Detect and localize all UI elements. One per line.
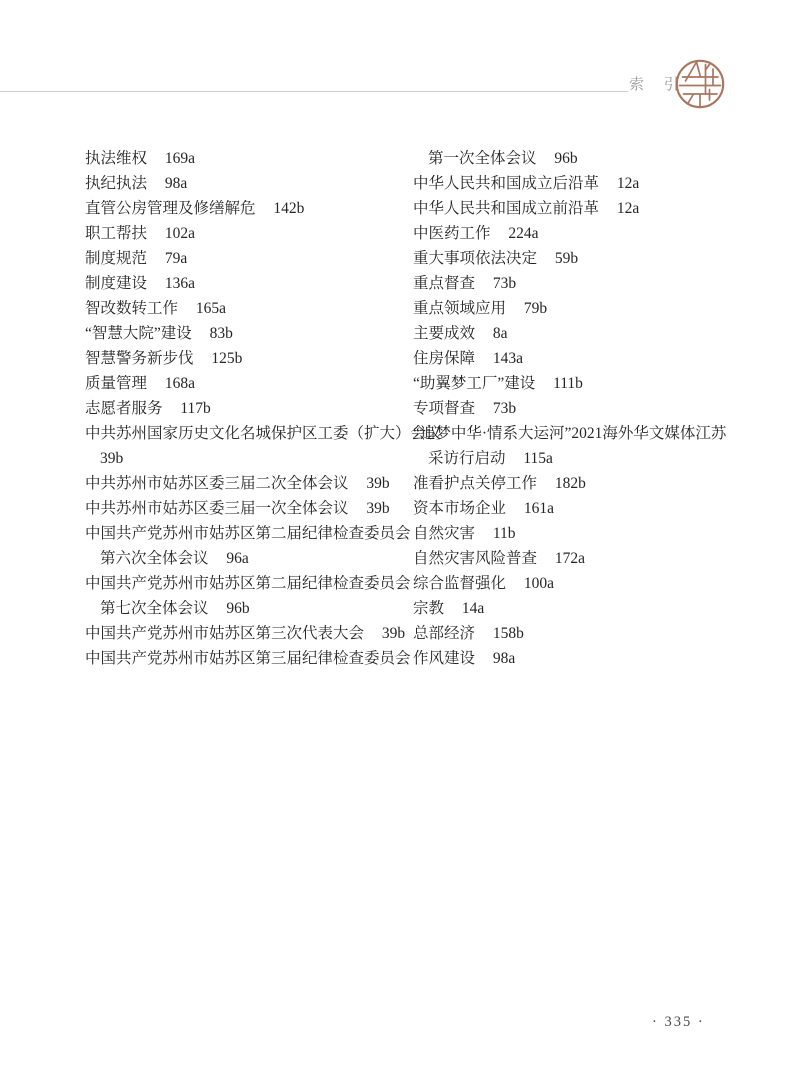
- index-entry-line: 执法维权169a: [85, 146, 413, 171]
- index-term: “助翼梦工厂”建设: [413, 375, 535, 392]
- index-term: 中华人民共和国成立后沿革: [413, 175, 599, 192]
- index-term: 中国共产党苏州市姑苏区第二届纪律检查委员会: [85, 525, 411, 542]
- index-entry-line: 第一次全体会议96b: [413, 146, 725, 171]
- header-rule: [0, 91, 628, 92]
- index-entry-line: 专项督查73b: [413, 396, 725, 421]
- index-locator: 98a: [493, 650, 515, 667]
- index-locator: 39b: [100, 450, 123, 467]
- index-term: 中国共产党苏州市姑苏区第二届纪律检查委员会: [85, 575, 411, 592]
- index-entry-line: 资本市场企业161a: [413, 496, 725, 521]
- index-locator: 136a: [165, 275, 195, 292]
- index-term: 住房保障: [413, 350, 475, 367]
- index-term: 作风建设: [413, 650, 475, 667]
- index-entry-line: 直管公房管理及修缮解危142b: [85, 196, 413, 221]
- index-locator: 39b: [366, 500, 389, 517]
- index-entry-line: 作风建设98a: [413, 646, 725, 671]
- index-locator: 11b: [493, 525, 516, 542]
- index-term: 第一次全体会议: [428, 150, 537, 167]
- index-entry-line: 智慧警务新步伐125b: [85, 346, 413, 371]
- index-entry-line: 志愿者服务117b: [85, 396, 413, 421]
- index-column-left: 执法维权169a执纪执法98a直管公房管理及修缮解危142b职工帮扶102a制度…: [85, 146, 413, 671]
- index-locator: 125b: [211, 350, 242, 367]
- index-term: 中共苏州国家历史文化名城保护区工委（扩大）会议: [85, 425, 442, 442]
- index-locator: 98a: [165, 175, 187, 192]
- index-term: 制度建设: [85, 275, 147, 292]
- index-entry-line: 中医药工作224a: [413, 221, 725, 246]
- index-entry-line: 重点督查73b: [413, 271, 725, 296]
- index-entry-line: 主要成效8a: [413, 321, 725, 346]
- index-locator: 96b: [226, 600, 249, 617]
- index-entry-line: 中国共产党苏州市姑苏区第三届纪律检查委员会: [85, 646, 413, 671]
- index-locator: 96a: [226, 550, 248, 567]
- index-entry-line: 第七次全体会议96b: [85, 596, 413, 621]
- index-column-right: 第一次全体会议96b中华人民共和国成立后沿革12a中华人民共和国成立前沿革12a…: [413, 146, 725, 671]
- index-entry-line: 重大事项依法决定59b: [413, 246, 725, 271]
- index-entry-line: 中华人民共和国成立后沿革12a: [413, 171, 725, 196]
- index-locator: 79a: [165, 250, 187, 267]
- index-page: 索 引 执法维权169a执纪执法98a直管公房管理及修缮解危142b职工帮扶10…: [0, 0, 793, 1077]
- index-term: 中共苏州市姑苏区委三届二次全体会议: [85, 475, 349, 492]
- garden-window-seal-icon: [674, 58, 726, 110]
- index-term: 执法维权: [85, 150, 147, 167]
- page-footer: · 335 ·: [652, 1014, 705, 1031]
- index-locator: 169a: [165, 150, 195, 167]
- index-term: 中国共产党苏州市姑苏区第三次代表大会: [85, 625, 364, 642]
- index-locator: 158b: [493, 625, 524, 642]
- index-locator: 165a: [196, 300, 226, 317]
- index-term: 智慧警务新步伐: [85, 350, 194, 367]
- index-locator: 96b: [554, 150, 577, 167]
- index-locator: 83b: [210, 325, 233, 342]
- index-locator: 39b: [366, 475, 389, 492]
- index-term: 智改数转工作: [85, 300, 178, 317]
- index-term: 主要成效: [413, 325, 475, 342]
- index-locator: 224a: [508, 225, 538, 242]
- index-entry-line: 总部经济158b: [413, 621, 725, 646]
- index-term: 质量管理: [85, 375, 147, 392]
- index-entry-line: 住房保障143a: [413, 346, 725, 371]
- index-entry-line: 中国共产党苏州市姑苏区第二届纪律检查委员会: [85, 571, 413, 596]
- index-entry-line: 中国共产党苏州市姑苏区第三次代表大会39b: [85, 621, 413, 646]
- index-term: 直管公房管理及修缮解危: [85, 200, 256, 217]
- index-term: 中共苏州市姑苏区委三届一次全体会议: [85, 500, 349, 517]
- index-entry-line: 执纪执法98a: [85, 171, 413, 196]
- index-columns: 执法维权169a执纪执法98a直管公房管理及修缮解危142b职工帮扶102a制度…: [85, 146, 725, 671]
- index-term: 重点督查: [413, 275, 475, 292]
- index-term: 准看护点关停工作: [413, 475, 537, 492]
- index-entry-line: 智改数转工作165a: [85, 296, 413, 321]
- index-term: 总部经济: [413, 625, 475, 642]
- index-term: 职工帮扶: [85, 225, 147, 242]
- index-locator: 12a: [617, 200, 639, 217]
- index-entry-line: 职工帮扶102a: [85, 221, 413, 246]
- index-locator: 79b: [524, 300, 547, 317]
- index-locator: 59b: [555, 250, 578, 267]
- index-locator: 111b: [553, 375, 583, 392]
- index-term: 中华人民共和国成立前沿革: [413, 200, 599, 217]
- index-entry-line: 39b: [85, 446, 413, 471]
- index-locator: 102a: [165, 225, 195, 242]
- page-number: · 335 ·: [652, 1014, 705, 1030]
- index-locator: 143a: [493, 350, 523, 367]
- index-locator: 117b: [180, 400, 210, 417]
- index-term: 自然灾害: [413, 525, 475, 542]
- index-term: “智慧大院”建设: [85, 325, 192, 342]
- index-entry-line: 中华人民共和国成立前沿革12a: [413, 196, 725, 221]
- index-entry-line: 中国共产党苏州市姑苏区第二届纪律检查委员会: [85, 521, 413, 546]
- index-term: 专项督查: [413, 400, 475, 417]
- index-entry-line: “助翼梦工厂”建设111b: [413, 371, 725, 396]
- index-locator: 115a: [523, 450, 553, 467]
- index-locator: 142b: [273, 200, 304, 217]
- index-term: 志愿者服务: [85, 400, 163, 417]
- index-entry-line: 中共苏州市姑苏区委三届二次全体会议39b: [85, 471, 413, 496]
- index-locator: 12a: [617, 175, 639, 192]
- index-locator: 73b: [493, 400, 516, 417]
- index-term: 重大事项依法决定: [413, 250, 537, 267]
- index-entry-line: “智慧大院”建设83b: [85, 321, 413, 346]
- index-entry-line: 质量管理168a: [85, 371, 413, 396]
- index-term: 制度规范: [85, 250, 147, 267]
- index-locator: 8a: [493, 325, 508, 342]
- index-entry-line: 制度建设136a: [85, 271, 413, 296]
- index-entry-line: 第六次全体会议96a: [85, 546, 413, 571]
- index-term: 资本市场企业: [413, 500, 506, 517]
- index-term: 综合监督强化: [413, 575, 506, 592]
- index-entry-line: 自然灾害11b: [413, 521, 725, 546]
- index-locator: 14a: [462, 600, 484, 617]
- index-entry-line: 制度规范79a: [85, 246, 413, 271]
- index-term: “追梦中华·情系大运河”2021海外华文媒体江苏: [413, 425, 726, 442]
- index-locator: 182b: [555, 475, 586, 492]
- index-entry-line: 自然灾害风险普查172a: [413, 546, 725, 571]
- index-term: 采访行启动: [428, 450, 506, 467]
- index-entry-line: 采访行启动115a: [413, 446, 725, 471]
- index-entry-line: “追梦中华·情系大运河”2021海外华文媒体江苏: [413, 421, 725, 446]
- index-term: 中国共产党苏州市姑苏区第三届纪律检查委员会: [85, 650, 411, 667]
- index-term: 中医药工作: [413, 225, 491, 242]
- index-term: 执纪执法: [85, 175, 147, 192]
- index-locator: 100a: [524, 575, 554, 592]
- index-locator: 168a: [165, 375, 195, 392]
- index-locator: 161a: [524, 500, 554, 517]
- index-locator: 39b: [382, 625, 405, 642]
- index-term: 第六次全体会议: [100, 550, 209, 567]
- index-entry-line: 重点领域应用79b: [413, 296, 725, 321]
- index-entry-line: 中共苏州市姑苏区委三届一次全体会议39b: [85, 496, 413, 521]
- index-entry-line: 综合监督强化100a: [413, 571, 725, 596]
- index-locator: 172a: [555, 550, 585, 567]
- index-term: 重点领域应用: [413, 300, 506, 317]
- index-entry-line: 准看护点关停工作182b: [413, 471, 725, 496]
- index-entry-line: 宗教14a: [413, 596, 725, 621]
- index-locator: 73b: [493, 275, 516, 292]
- index-entry-line: 中共苏州国家历史文化名城保护区工委（扩大）会议: [85, 421, 413, 446]
- index-term: 第七次全体会议: [100, 600, 209, 617]
- index-term: 宗教: [413, 600, 444, 617]
- index-term: 自然灾害风险普查: [413, 550, 537, 567]
